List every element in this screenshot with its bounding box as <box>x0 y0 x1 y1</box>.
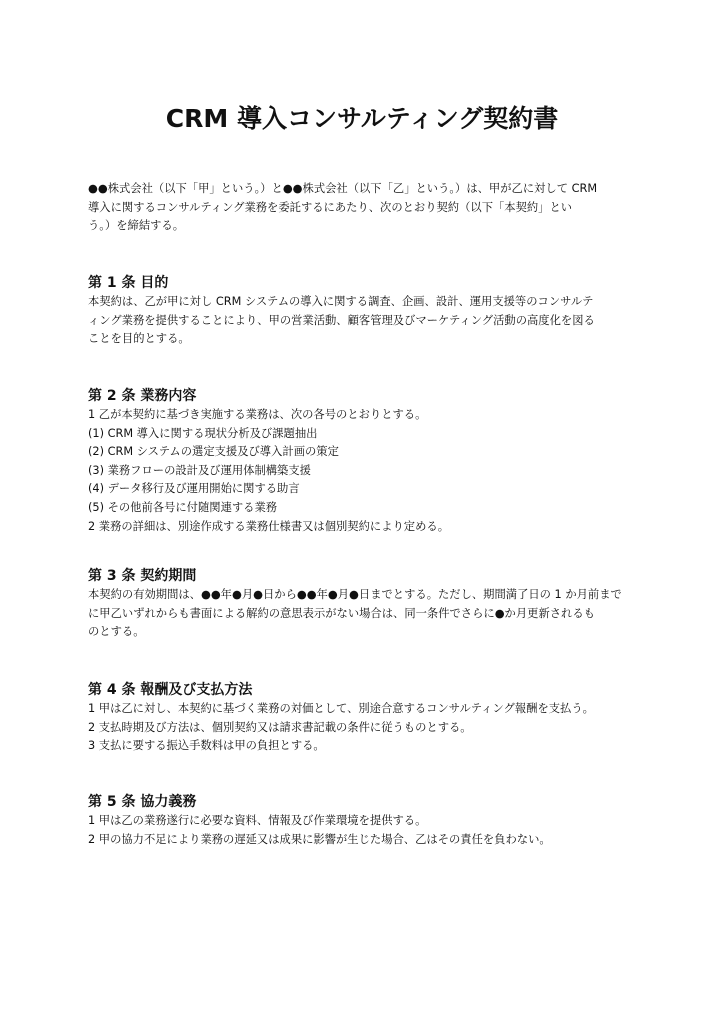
article-line: ィング業務を提供することにより、甲の営業活動、顧客管理及びマーケティング活動の高… <box>88 312 648 331</box>
article-5-body: 1 甲は乙の業務遂行に必要な資料、情報及び作業環境を提供する。 2 甲の協力不足… <box>88 812 648 849</box>
article-line: 本契約は、乙が甲に対し CRM システムの導入に関する調査、企画、設計、運用支援… <box>88 293 648 312</box>
article-2-body: 1 乙が本契約に基づき実施する業務は、次の各号のとおりとする。 (1) CRM … <box>88 406 648 536</box>
article-line: (3) 業務フローの設計及び運用体制構築支援 <box>88 462 648 481</box>
article-line: (4) データ移行及び運用開始に関する助言 <box>88 480 648 499</box>
preamble-line: ●●株式会社（以下「甲」という。）と●●株式会社（以下「乙」という。）は、甲が乙… <box>88 180 648 199</box>
article-line: 2 支払時期及び方法は、個別契約又は請求書記載の条件に従うものとする。 <box>88 719 648 738</box>
article-1-body: 本契約は、乙が甲に対し CRM システムの導入に関する調査、企画、設計、運用支援… <box>88 293 648 349</box>
article-4-body: 1 甲は乙に対し、本契約に基づく業務の対価として、別途合意するコンサルティング報… <box>88 700 648 756</box>
article-line: (1) CRM 導入に関する現状分析及び課題抽出 <box>88 425 648 444</box>
article-line: のとする。 <box>88 623 648 642</box>
article-line: 1 甲は乙の業務遂行に必要な資料、情報及び作業環境を提供する。 <box>88 812 648 831</box>
article-4-heading: 第 4 条 報酬及び支払方法 <box>88 680 252 700</box>
article-line: 2 業務の詳細は、別途作成する業務仕様書又は個別契約により定める。 <box>88 518 648 537</box>
document-title: CRM 導入コンサルティング契約書 <box>0 102 724 136</box>
preamble-line: う。）を締結する。 <box>88 217 648 236</box>
article-line: 3 支払に要する振込手数料は甲の負担とする。 <box>88 737 648 756</box>
article-line: 本契約の有効期間は、●●年●月●日から●●年●月●日までとする。ただし、期間満了… <box>88 586 648 605</box>
article-1-heading: 第 1 条 目的 <box>88 273 168 293</box>
article-line: 2 甲の協力不足により業務の遅延又は成果に影響が生じた場合、乙はその責任を負わな… <box>88 831 648 850</box>
article-line: 1 乙が本契約に基づき実施する業務は、次の各号のとおりとする。 <box>88 406 648 425</box>
article-line: 1 甲は乙に対し、本契約に基づく業務の対価として、別途合意するコンサルティング報… <box>88 700 648 719</box>
article-line: (5) その他前各号に付随関連する業務 <box>88 499 648 518</box>
preamble: ●●株式会社（以下「甲」という。）と●●株式会社（以下「乙」という。）は、甲が乙… <box>88 180 648 236</box>
article-line: に甲乙いずれからも書面による解約の意思表示がない場合は、同一条件でさらに●か月更… <box>88 605 648 624</box>
document-page: CRM 導入コンサルティング契約書 ●●株式会社（以下「甲」という。）と●●株式… <box>0 0 724 1024</box>
article-3-heading: 第 3 条 契約期間 <box>88 566 196 586</box>
article-5-heading: 第 5 条 協力義務 <box>88 792 196 812</box>
article-line: ことを目的とする。 <box>88 330 648 349</box>
article-3-body: 本契約の有効期間は、●●年●月●日から●●年●月●日までとする。ただし、期間満了… <box>88 586 648 642</box>
preamble-line: 導入に関するコンサルティング業務を委託するにあたり、次のとおり契約（以下「本契約… <box>88 199 648 218</box>
article-2-heading: 第 2 条 業務内容 <box>88 386 196 406</box>
article-line: (2) CRM システムの選定支援及び導入計画の策定 <box>88 443 648 462</box>
